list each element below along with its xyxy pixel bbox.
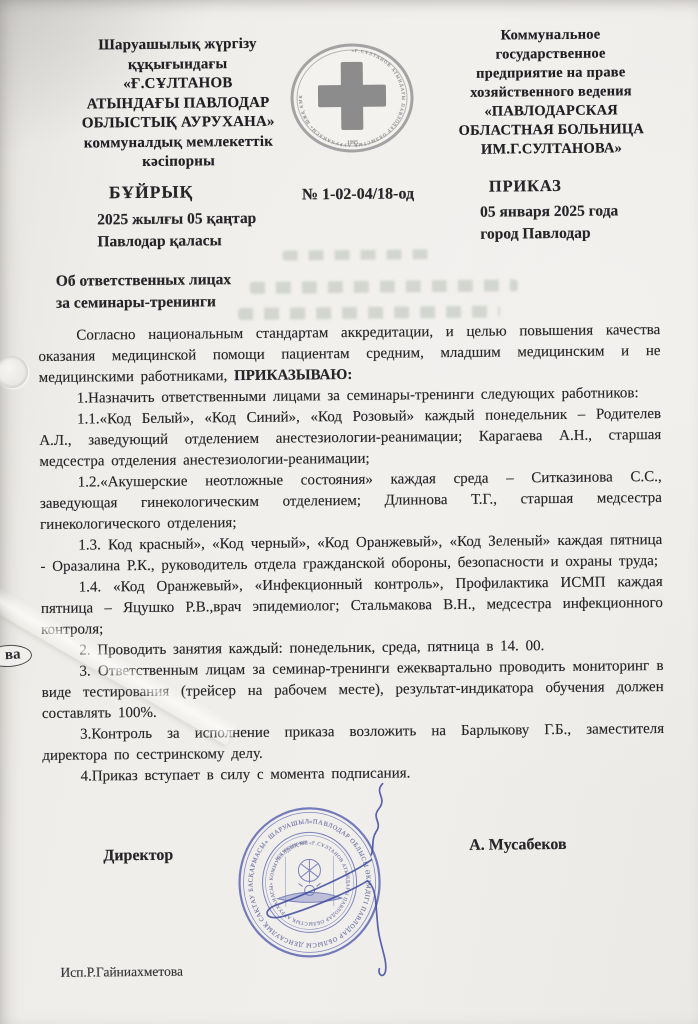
body-paragraph: 1.2.«Акушерские неотложные состояния» ка… (40, 467, 663, 536)
body-paragraph: 1.3. Код красный», «Код черный», «Код Ор… (40, 530, 662, 578)
org-name-ru-line: ИМ.Г.СУЛТАНОВА» (432, 139, 670, 160)
order-number: № 1-02-04/18-од (302, 185, 414, 204)
org-name-kk-line: ОБЛЫСТЫҚ АУРУХАНА» (52, 112, 304, 134)
svg-text:1995: 1995 (347, 140, 358, 146)
order-date-place-kk: 2025 жылғы 05 қаңтар Павлодар қаласы (97, 208, 257, 254)
director-label: Директор (103, 847, 173, 866)
order-date-kk: 2025 жылғы 05 қаңтар (97, 208, 256, 232)
document-content: Шаруашылық жүргізу құқығындағы «Ғ.СҰЛТАН… (0, 0, 698, 1024)
org-name-kk-line: Шаруашылық жүргізу (51, 34, 303, 56)
org-name-ru-line: ОБЛАСТНАЯ БОЛЬНИЦА (432, 120, 670, 141)
order-title-kk: БҰЙРЫҚ (109, 181, 194, 203)
org-name-ru: Коммунальное государственное предприятие… (431, 25, 670, 160)
org-name-kk-line: кәсіпорны (53, 151, 305, 173)
order-date-place-ru: 05 января 2025 года город Павлодар (480, 200, 619, 245)
org-name-ru-line: «ПАВЛОДАРСКАЯ (432, 101, 670, 122)
order-title-ru: ПРИКАЗ (489, 176, 562, 197)
hospital-cross-logo-icon: «Ғ.СҰЛТАНОВ АТЫНДАҒЫ ПАВЛОДАР ОБЛЫСТЫҚ А… (287, 31, 416, 164)
org-name-kk-line: коммуналдық мемлекеттік (52, 132, 304, 154)
body-paragraph: Согласно национальным стандартам аккреди… (38, 320, 661, 389)
order-subject: Об ответственных лицах за семинары-трени… (56, 269, 232, 315)
handwritten-signature (243, 777, 415, 979)
order-subject-line: Об ответственных лицах (56, 269, 231, 293)
org-name-ru-line: предприятие на праве (432, 63, 670, 84)
order-date-ru: 05 января 2025 года (480, 200, 618, 223)
ghost-text (250, 279, 518, 294)
executor-note: Исп.Р.Гайниахметова (60, 964, 183, 981)
ghost-text (282, 249, 432, 260)
body-paragraph: 3.Контроль за исполнение приказа возложи… (42, 719, 664, 767)
body-paragraph: 1.1.«Код Белый», «Код Синий», «Код Розов… (39, 404, 662, 473)
order-place-kk: Павлодар қаласы (97, 230, 256, 254)
scanned-document-page: Шаруашылық жүргізу құқығындағы «Ғ.СҰЛТАН… (0, 0, 698, 1024)
org-name-kk-line: құқығындағы (52, 54, 304, 76)
org-name-kk-line: «Ғ.СҰЛТАНОВ (52, 73, 304, 95)
ghost-text (238, 306, 500, 321)
org-name-ru-line: государственное (432, 44, 670, 65)
org-name-ru-line: хозяйственного ведения (432, 82, 670, 103)
order-subject-line: за семинары-тренинги (56, 291, 231, 315)
body-paragraphs: Согласно национальным стандартам аккреди… (38, 320, 664, 788)
director-signature-name: А. Мусабеков (469, 836, 567, 855)
org-name-kk-line: АТЫНДАҒЫ ПАВЛОДАР (52, 93, 304, 115)
order-place-ru: город Павлодар (480, 222, 618, 245)
org-name-kk: Шаруашылық жүргізу құқығындағы «Ғ.СҰЛТАН… (51, 34, 304, 173)
org-name-ru-line: Коммунальное (431, 25, 669, 46)
body-paragraph: 1.4. «Код Оранжевый», «Инфекционный конт… (41, 572, 664, 641)
